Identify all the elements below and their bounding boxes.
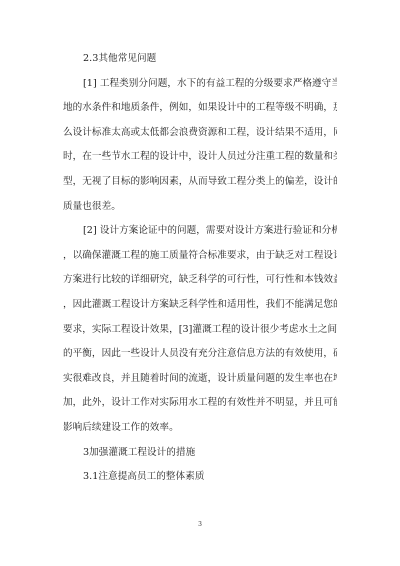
section-heading-3: 3加强灌溉工程设计的措施 [63,441,337,466]
paragraph-line: 质量也很差。 [63,195,337,220]
paragraph-line: ，因此灌溉工程设计方案缺乏科学性和适用性，我们不能满足您的 [63,293,337,318]
document-page: 2.3其他常见问题 [1] 工程类别分问题，水下的有益工程的分级要求严格遵守当 … [0,0,400,566]
paragraph-line: 时，在一些节水工程的设计中，设计人员过分注重工程的数量和类 [63,145,337,170]
paragraph-line: 地的水条件和地质条件，例如，如果设计中的工程等级不明确，那 [63,96,337,121]
section-heading-3-1: 3.1注意提高员工的整体素质 [63,465,337,490]
paragraph-line: 型，无视了目标的影响因素，从而导致工程分类上的偏差，设计的 [63,170,337,195]
paragraph-line: 要求，实际工程设计效果，[3]灌溉工程的设计很少考虑水土之间 [63,318,337,343]
page-number: 3 [196,520,204,530]
section-heading-2-3: 2.3其他常见问题 [63,47,337,72]
paragraph-line: 加，此外，设计工作对实际用水工程的有效性并不明显，并且可能 [63,391,337,416]
paragraph-line: 的平衡，因此一些设计人员没有充分注意信息方法的有效使用，确 [63,342,337,367]
paragraph-line: 么设计标准太高或太低都会浪费资源和工程，设计结果不适用，同 [63,121,337,146]
paragraph-line: [1] 工程类别分问题，水下的有益工程的分级要求严格遵守当 [63,72,337,97]
paragraph-line: ，以确保灌溉工程的施工质量符合标准要求，由于缺乏对工程设计 [63,244,337,269]
paragraph-line: 方案进行比较的详细研究，缺乏科学的可行性，可行性和本钱效益 [63,268,337,293]
document-body: 2.3其他常见问题 [1] 工程类别分问题，水下的有益工程的分级要求严格遵守当 … [63,47,337,490]
paragraph-line: 影响后续建设工作的效率。 [63,416,337,441]
paragraph-line: 实很难改良，并且随着时间的流逝，设计质量问题的发生率也在增 [63,367,337,392]
paragraph-line: [2] 设计方案论证中的问题，需要对设计方案进行验证和分析 [63,219,337,244]
